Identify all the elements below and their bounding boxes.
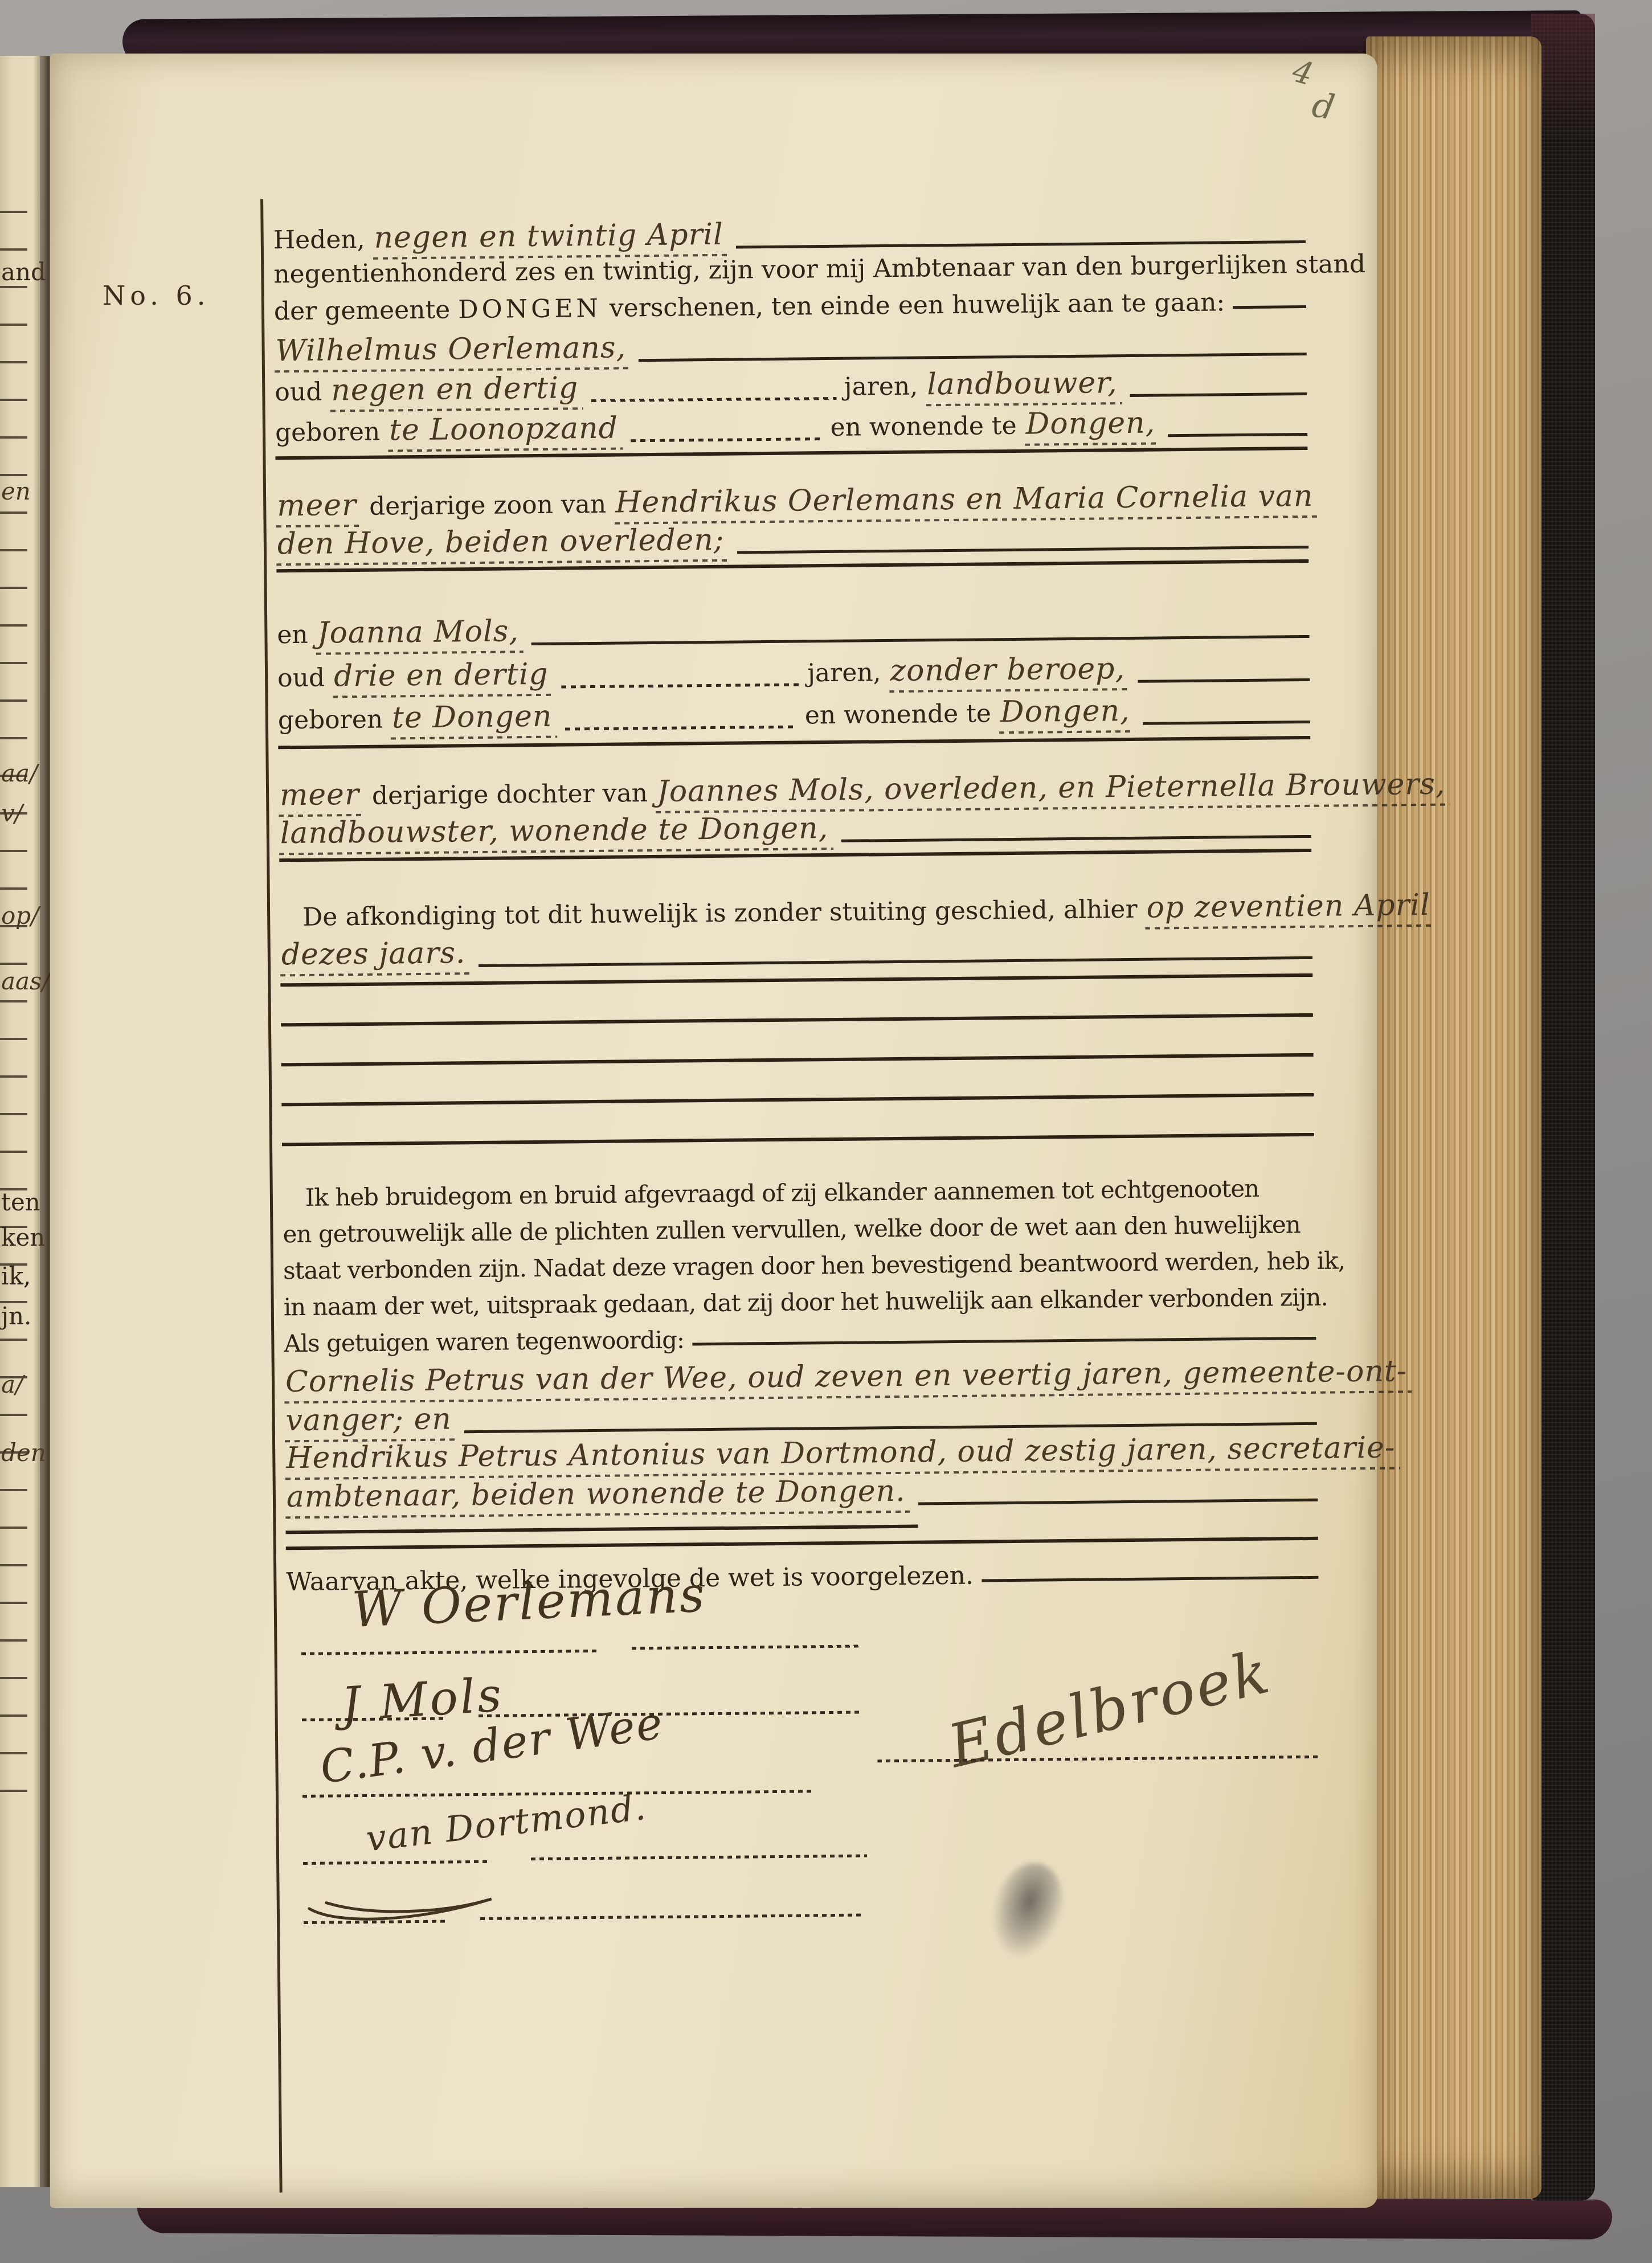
- oud-label: oud: [275, 378, 322, 407]
- margin-fragment: en: [1, 477, 31, 505]
- heden-label: Heden,: [273, 226, 365, 255]
- rule-fill: [464, 1422, 1317, 1433]
- rule-fill: [1168, 433, 1307, 437]
- line-groom-born: geboren te Loonopzand en wonende te Dong…: [275, 405, 1308, 453]
- groom-birthplace: te Loonopzand: [388, 411, 623, 452]
- certificate-page: No. 6. 4 d Heden, negen en twintig April…: [50, 54, 1377, 2208]
- book-fore-edge-page-stack: [1366, 36, 1541, 2199]
- groom-occupation: landbouwer,: [926, 366, 1122, 407]
- previous-page-ruled-line-stubs: [0, 175, 27, 1827]
- vow-line-1: Ik heb bruidegom en bruid afgevraagd of …: [283, 1175, 1315, 1211]
- bride-parents-continued: landbouwster, wonende te Dongen,: [279, 812, 833, 856]
- rule-fill: [479, 956, 1312, 967]
- bride-name: Joanna Mols,: [316, 615, 524, 655]
- rule-fill: [1130, 392, 1307, 397]
- rule-fill: [1233, 305, 1306, 309]
- blank-rule: [282, 1133, 1314, 1146]
- date-handwritten: negen en twintig April: [373, 218, 728, 260]
- vow-line-3: staat verbonden zijn. Nadat deze vragen …: [283, 1247, 1315, 1284]
- margin-fragment: aa/: [1, 759, 38, 787]
- closing-rule-short: [286, 1525, 918, 1534]
- line-witness-intro: Als getuigen waren tegenwoordig:: [284, 1320, 1316, 1357]
- jaren-label: jaren,: [844, 373, 918, 402]
- en-label: en: [277, 621, 308, 649]
- bride-birthplace: te Dongen: [391, 700, 557, 740]
- line-bride-age: oud drie en dertig jaren, zonder beroep,: [277, 650, 1310, 699]
- bride-parents: Joannes Mols, overleden, en Pieternella …: [656, 768, 1450, 814]
- rule-fill: [531, 635, 1310, 645]
- act-content: Heden, negen en twintig April negentienh…: [41, 47, 1389, 2214]
- dotted-fill: [591, 397, 836, 402]
- signature-dotted-line: [877, 1755, 1319, 1762]
- getuigen-label: Als getuigen waren tegenwoordig:: [284, 1327, 684, 1357]
- geboren-label: geboren: [275, 418, 381, 447]
- margin-fragment: a/: [1, 1370, 23, 1398]
- margin-fragment: jn.: [1, 1302, 31, 1330]
- signature-flourish: [303, 1842, 737, 1926]
- rule-fill: [736, 240, 1306, 249]
- vow-line-2: en getrouwelijk alle de plichten zullen …: [283, 1211, 1315, 1247]
- bride-age: drie en dertig: [333, 658, 553, 698]
- rule-fill: [692, 1337, 1316, 1346]
- banns-text: De afkondiging tot dit huwelijk is zonde…: [280, 895, 1138, 932]
- groom-name: Wilhelmus Oerlemans,: [274, 331, 631, 373]
- dochter-label: derjarige dochter van: [372, 779, 648, 810]
- rule-fill: [1143, 721, 1310, 725]
- line-bride-name: en Joanna Mols,: [277, 607, 1310, 656]
- meer-prefix: meer: [279, 778, 364, 817]
- rule-fill: [982, 1576, 1318, 1582]
- dotted-fill: [565, 726, 798, 731]
- groom-parents: Hendrikus Oerlemans en Maria Cornelia va…: [614, 480, 1318, 525]
- geboren-label: geboren: [278, 706, 383, 735]
- zoon-label: derjarige zoon van: [369, 490, 607, 521]
- rule-fill: [841, 835, 1311, 842]
- banns-date-continued: dezes jaars.: [280, 936, 471, 976]
- banns-date: op zeventien April: [1145, 889, 1435, 930]
- line-gemeente: der gemeente DONGEN verschenen, ten eind…: [274, 288, 1306, 326]
- verschenen-text: verschenen, ten einde een huwelijk aan t…: [610, 288, 1225, 322]
- blank-rule: [280, 973, 1312, 987]
- gemeente-label: der gemeente: [274, 296, 451, 325]
- blank-rule: [281, 1053, 1314, 1066]
- ink-smudge: [980, 1854, 1074, 1967]
- meer-prefix: meer: [276, 489, 361, 528]
- signature-dotted-line: [301, 1650, 598, 1655]
- dotted-fill: [561, 684, 800, 689]
- bride-residence: Dongen,: [999, 694, 1135, 734]
- line-bride-born: geboren te Dongen en wonende te Dongen,: [278, 693, 1311, 741]
- bride-occupation: zonder beroep,: [889, 652, 1130, 693]
- rule-fill: [639, 353, 1307, 362]
- rule-fill: [918, 1499, 1318, 1505]
- wonende-label: en wonende te: [805, 699, 992, 729]
- rule-fill: [737, 546, 1308, 554]
- blank-rule: [281, 1013, 1313, 1026]
- gemeente-name: DONGEN: [458, 294, 602, 324]
- margin-fragment: ik,: [1, 1262, 31, 1290]
- dotted-fill: [631, 437, 823, 442]
- margin-fragment: v/: [1, 799, 23, 827]
- oud-label: oud: [277, 664, 325, 693]
- jaren-label: jaren,: [807, 658, 881, 688]
- vow-line-4: in naam der wet, uitspraak gedaan, dat z…: [284, 1284, 1316, 1320]
- groom-residence: Dongen,: [1024, 406, 1160, 446]
- groom-age: negen en dertig: [330, 371, 583, 412]
- signature-dotted-line: [632, 1645, 860, 1650]
- rule-fill: [1138, 678, 1310, 683]
- blank-rule: [281, 1093, 1314, 1106]
- groom-parents-continued: den Hove, beiden overleden;: [276, 523, 729, 566]
- wonende-label: en wonende te: [830, 412, 1017, 441]
- closing-rule-full: [286, 1537, 1318, 1550]
